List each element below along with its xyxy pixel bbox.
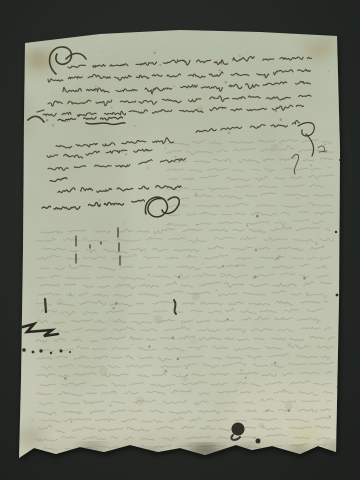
speck bbox=[189, 255, 191, 257]
speck bbox=[148, 346, 150, 348]
speck bbox=[135, 396, 144, 405]
speck bbox=[245, 377, 247, 379]
ink-blot bbox=[60, 350, 63, 353]
speck bbox=[219, 70, 221, 72]
speck bbox=[146, 166, 151, 171]
speck bbox=[124, 222, 125, 223]
speck bbox=[222, 265, 224, 267]
speck bbox=[254, 276, 257, 279]
speck bbox=[183, 377, 188, 382]
speck bbox=[280, 118, 282, 120]
speck bbox=[197, 238, 198, 239]
speck bbox=[227, 318, 229, 320]
speck bbox=[32, 365, 33, 366]
speck bbox=[324, 144, 325, 145]
speck bbox=[52, 94, 53, 95]
speck bbox=[186, 374, 188, 376]
speck bbox=[186, 367, 188, 369]
speck bbox=[95, 86, 96, 87]
speck bbox=[100, 51, 101, 52]
speck bbox=[115, 302, 118, 305]
speck bbox=[55, 312, 57, 314]
speck bbox=[64, 377, 67, 380]
speck bbox=[306, 294, 308, 296]
speck bbox=[159, 64, 161, 66]
speck bbox=[203, 263, 204, 264]
speck bbox=[52, 124, 54, 126]
speck bbox=[190, 337, 198, 345]
speck bbox=[77, 337, 78, 338]
ink-blot bbox=[335, 231, 337, 233]
speck bbox=[276, 257, 279, 260]
speck bbox=[178, 276, 181, 279]
speck bbox=[258, 423, 264, 429]
speck bbox=[177, 357, 180, 360]
speck bbox=[152, 94, 153, 95]
speck bbox=[71, 130, 72, 131]
speck bbox=[271, 144, 279, 152]
speck bbox=[238, 55, 241, 58]
speck bbox=[70, 421, 72, 423]
speck bbox=[179, 374, 180, 375]
speck bbox=[144, 212, 145, 213]
speck bbox=[122, 151, 124, 153]
speck bbox=[99, 367, 108, 376]
speck bbox=[241, 369, 243, 371]
ink-blot bbox=[256, 439, 261, 444]
speck bbox=[111, 107, 112, 108]
speck bbox=[165, 148, 167, 150]
speck bbox=[93, 67, 95, 69]
ink-blot bbox=[336, 294, 339, 297]
speck bbox=[295, 285, 296, 286]
ink-blot bbox=[69, 351, 71, 353]
stain bbox=[16, 427, 44, 447]
speck bbox=[192, 86, 194, 88]
speck bbox=[297, 198, 298, 199]
ink-blot bbox=[232, 423, 245, 436]
speck bbox=[110, 405, 112, 407]
speck bbox=[253, 278, 254, 279]
speck bbox=[303, 277, 306, 280]
speck bbox=[246, 224, 248, 226]
speck bbox=[112, 307, 115, 310]
speck bbox=[132, 344, 133, 345]
speck bbox=[83, 79, 84, 80]
manuscript-photo-stage bbox=[0, 0, 360, 480]
speck bbox=[191, 292, 200, 301]
speck bbox=[221, 273, 222, 274]
ink-blot bbox=[39, 349, 42, 352]
speck bbox=[279, 256, 281, 258]
speck bbox=[148, 274, 149, 275]
speck bbox=[32, 420, 33, 421]
speck bbox=[196, 224, 198, 226]
speck bbox=[195, 193, 198, 196]
speck bbox=[254, 437, 255, 438]
speck bbox=[153, 315, 162, 324]
speck bbox=[255, 248, 258, 251]
speck bbox=[66, 120, 68, 122]
speck bbox=[174, 86, 175, 87]
speck bbox=[315, 243, 317, 245]
speck bbox=[197, 106, 203, 112]
speck bbox=[315, 121, 316, 122]
speck bbox=[162, 368, 168, 374]
document-scan bbox=[0, 0, 360, 480]
speck bbox=[282, 319, 283, 320]
speck bbox=[181, 323, 183, 325]
ink-blot bbox=[32, 351, 35, 354]
speck bbox=[225, 81, 227, 83]
speck bbox=[57, 298, 64, 305]
speck bbox=[69, 77, 71, 79]
ink-blot bbox=[22, 348, 26, 352]
speck bbox=[275, 110, 277, 112]
speck bbox=[256, 215, 259, 218]
stain bbox=[30, 53, 44, 63]
ink-blot bbox=[174, 300, 176, 314]
speck bbox=[99, 199, 101, 201]
speck bbox=[174, 156, 176, 158]
speck bbox=[69, 293, 72, 296]
speck bbox=[134, 125, 136, 127]
ink-blot bbox=[50, 352, 52, 354]
speck bbox=[236, 265, 238, 267]
speck bbox=[285, 402, 293, 410]
speck bbox=[328, 70, 329, 71]
speck bbox=[209, 445, 210, 446]
speck bbox=[46, 119, 49, 122]
speck bbox=[153, 51, 155, 53]
speck bbox=[216, 289, 218, 291]
speck bbox=[329, 415, 331, 417]
speck bbox=[146, 252, 147, 253]
stain bbox=[324, 36, 336, 46]
ink-blot bbox=[45, 299, 46, 312]
speck bbox=[228, 131, 231, 134]
speck bbox=[274, 362, 276, 364]
speck bbox=[310, 164, 312, 166]
speck bbox=[317, 321, 319, 323]
speck bbox=[34, 275, 35, 276]
speck bbox=[125, 153, 127, 155]
speck bbox=[103, 123, 104, 124]
speck bbox=[266, 409, 268, 411]
speck bbox=[172, 336, 174, 338]
